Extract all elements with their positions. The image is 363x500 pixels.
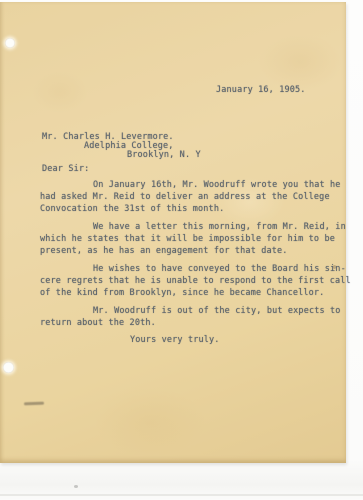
paragraph: He wishes to have conveyed to the Board … [40,263,335,299]
paragraph-line: cere regrets that he is unable to respon… [40,275,335,287]
hole-punch-top [5,38,15,48]
letter-body: On January 16th, Mr. Woodruff wrote you … [40,179,335,335]
recipient-city: Brooklyn, N. Y [127,150,201,160]
paragraph-line: He wishes to have conveyed to the Board … [40,263,335,275]
paragraph-line: We have a letter this morning, from Mr. … [40,221,335,233]
paragraph-line: present, as he has an engagement for tha… [40,245,335,257]
scanned-letter-page: January 16, 1905. Mr. Charles H. Levermo… [0,0,363,500]
scanner-speck [74,485,78,488]
paragraph: On January 16th, Mr. Woodruff wrote you … [40,179,335,215]
paragraph: Mr. Woodruff is out of the city, but exp… [40,305,335,329]
date-line: January 16, 1905. [216,85,306,95]
paragraph-line: On January 16th, Mr. Woodruff wrote you … [40,179,335,191]
hole-punch-bottom [3,362,14,373]
salutation: Dear Sir: [42,164,89,174]
letter-paper: January 16, 1905. Mr. Charles H. Levermo… [0,2,346,463]
ink-smudge-mark [24,402,44,406]
paragraph-line: had asked Mr. Reid to deliver an address… [40,191,335,203]
paragraph: We have a letter this morning, from Mr. … [40,221,335,257]
paragraph-line: return about the 20th. [40,317,335,329]
paragraph-line: Mr. Woodruff is out of the city, but exp… [40,305,335,317]
scanner-streak [0,494,363,496]
paper-speck [333,265,336,269]
closing-line: Yours very truly. [130,335,220,345]
paragraph-line: of the kind from Brooklyn, since he beca… [40,287,335,299]
paragraph-line: which he states that it will be impossib… [40,233,335,245]
paragraph-line: Convocation the 31st of this month. [40,203,335,215]
